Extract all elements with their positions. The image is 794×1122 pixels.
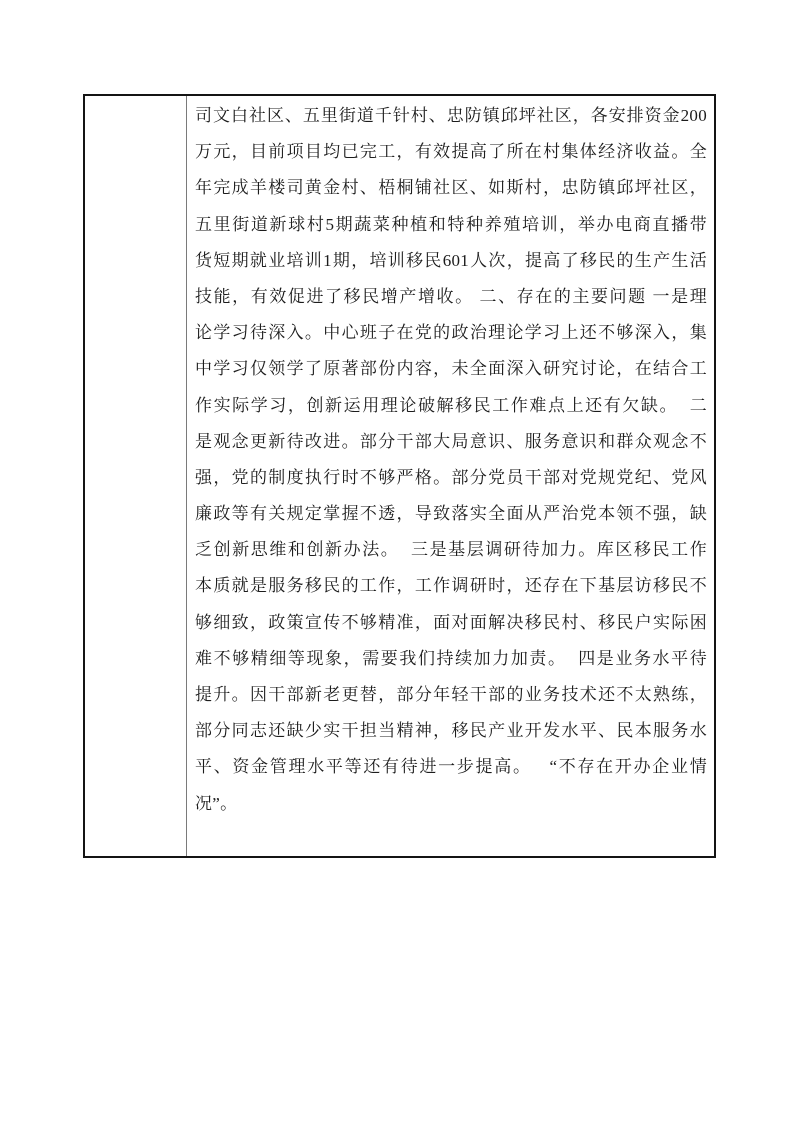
text-line: 论学习待深入。中心班子在党的政治理论学习上还不够深入，集 [195,315,707,351]
table-label-column [85,96,187,856]
text-line: 本质就是服务移民的工作，工作调研时，还存在下基层访移民不 [195,568,707,604]
text-line: 年完成羊楼司黄金村、梧桐铺社区、如斯村，忠防镇邱坪社区， [195,170,707,206]
document-page: 司文白社区、五里街道千针村、忠防镇邱坪社区，各安排资金200 万元，目前项目均已… [0,0,794,1122]
table-content-cell: 司文白社区、五里街道千针村、忠防镇邱坪社区，各安排资金200 万元，目前项目均已… [187,96,714,856]
text-line: 万元，目前项目均已完工，有效提高了所在村集体经济收益。全 [195,134,707,170]
text-line: 况”。 [195,786,707,822]
text-line: 作实际学习，创新运用理论破解移民工作难点上还有欠缺。 二 [195,388,707,424]
text-line: 货短期就业培训1期，培训移民601人次，提高了移民的生产生活 [195,243,707,279]
text-line: 难不够精细等现象，需要我们持续加力加责。 四是业务水平待 [195,641,707,677]
text-line: 五里街道新球村5期蔬菜种植和特种养殖培训，举办电商直播带 [195,207,707,243]
text-line: 乏创新思维和创新办法。 三是基层调研待加力。库区移民工作 [195,532,707,568]
text-line: 中学习仅领学了原著部份内容，未全面深入研究讨论，在结合工 [195,351,707,387]
text-line: 强，党的制度执行时不够严格。部分党员干部对党规党纪、党风 [195,460,707,496]
text-line: 是观念更新待改进。部分干部大局意识、服务意识和群众观念不 [195,424,707,460]
text-line: 部分同志还缺少实干担当精神，移民产业开发水平、民本服务水 [195,713,707,749]
text-line: 司文白社区、五里街道千针村、忠防镇邱坪社区，各安排资金200 [195,98,707,134]
text-line: 技能，有效促进了移民增产增收。 二、存在的主要问题 一是理 [195,279,707,315]
text-line: 提升。因干部新老更替，部分年轻干部的业务技术还不太熟练， [195,677,707,713]
text-line: 平、资金管理水平等还有待进一步提高。 “不存在开办企业情 [195,749,707,785]
text-line: 够细致，政策宣传不够精准，面对面解决移民村、移民户实际困 [195,605,707,641]
text-line: 廉政等有关规定掌握不透，导致落实全面从严治党本领不强，缺 [195,496,707,532]
report-table: 司文白社区、五里街道千针村、忠防镇邱坪社区，各安排资金200 万元，目前项目均已… [83,94,716,858]
